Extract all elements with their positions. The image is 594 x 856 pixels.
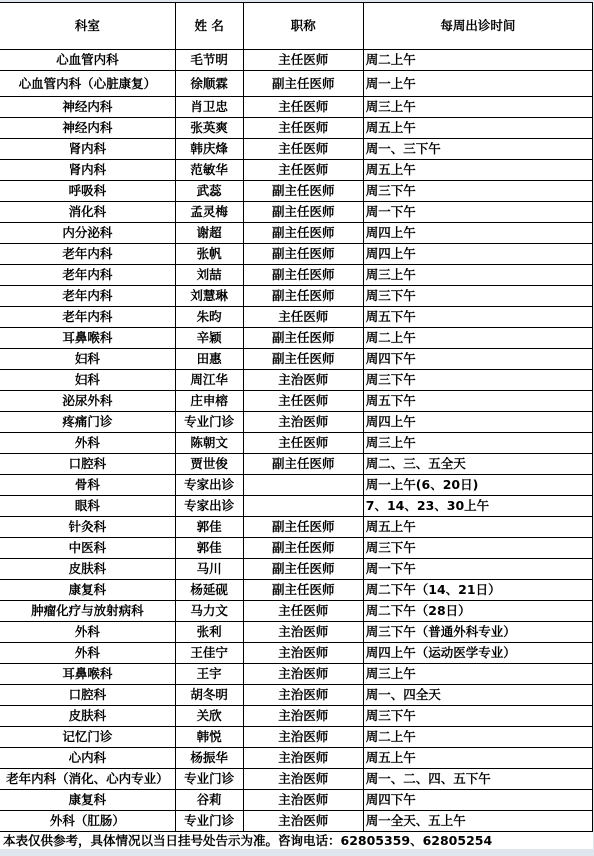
schedule-time-cell: 周四下午: [363, 790, 592, 811]
name-cell: 王宇: [175, 664, 243, 685]
name-cell: 田惠: [175, 349, 243, 370]
schedule-time-cell: 周五上午: [363, 160, 592, 181]
table-row: 泌尿外科庄申榕主任医师周五下午: [0, 391, 593, 412]
table-row: 消化科孟灵梅副主任医师周一下午: [0, 202, 593, 223]
schedule-time-cell: 周四上午: [363, 223, 592, 244]
table-row: 外科陈朝文主任医师周三上午: [0, 433, 593, 454]
title-cell: 副主任医师: [243, 71, 363, 97]
schedule-time-cell: 周五上午: [363, 517, 592, 538]
table-row: 神经内科张英爽主任医师周五上午: [0, 118, 593, 139]
schedule-time-cell: 周四上午: [363, 244, 592, 265]
title-cell: 主治医师: [243, 685, 363, 706]
table-row: 老年内科朱昀主任医师周五下午: [0, 307, 593, 328]
schedule-time-cell: 周二下午（14、21日）: [363, 580, 592, 601]
schedule-time-cell: 周三下午: [363, 706, 592, 727]
name-cell: 范敏华: [175, 160, 243, 181]
schedule-time-cell: 周三上午: [363, 664, 592, 685]
table-row: 针灸科郭佳副主任医师周五上午: [0, 517, 593, 538]
name-cell: 孟灵梅: [175, 202, 243, 223]
name-cell: 胡冬明: [175, 685, 243, 706]
title-cell: 主任医师: [243, 601, 363, 622]
department-cell: 老年内科: [0, 307, 175, 328]
department-cell: 肿瘤化疗与放射病科: [0, 601, 175, 622]
department-cell: 老年内科: [0, 286, 175, 307]
schedule-time-cell: 周一上午: [363, 71, 592, 97]
schedule-time-cell: 周五上午: [363, 118, 592, 139]
department-cell: 眼科: [0, 496, 175, 517]
schedule-time-cell: 周二上午: [363, 50, 592, 71]
name-cell: 郭佳: [175, 517, 243, 538]
name-cell: 王佳宁: [175, 643, 243, 664]
name-cell: 谷莉: [175, 790, 243, 811]
schedule-sheet: 科室 姓 名 职称 每周出诊时间 心血管内科毛节明主任医师周二上午心血管内科（心…: [0, 2, 593, 849]
table-row: 康复科杨延砚副主任医师周二下午（14、21日）: [0, 580, 593, 601]
name-cell: 专业门诊: [175, 412, 243, 433]
table-row: 外科张利主治医师周三下午（普通外科专业）: [0, 622, 593, 643]
title-cell: 副主任医师: [243, 328, 363, 349]
schedule-time-cell: 周一下午: [363, 202, 592, 223]
department-cell: 耳鼻喉科: [0, 664, 175, 685]
department-cell: 皮肤科: [0, 559, 175, 580]
table-row: 眼科专家出诊7、14、23、30上午: [0, 496, 593, 517]
name-cell: 武蕊: [175, 181, 243, 202]
schedule-time-cell: 周三下午: [363, 181, 592, 202]
schedule-time-cell: 周三上午: [363, 265, 592, 286]
schedule-time-cell: 周二上午: [363, 727, 592, 748]
department-cell: 心血管内科: [0, 50, 175, 71]
table-row: 呼吸科武蕊副主任医师周三下午: [0, 181, 593, 202]
title-cell: [243, 496, 363, 517]
title-cell: [243, 475, 363, 496]
name-cell: 周江华: [175, 370, 243, 391]
department-cell: 内分泌科: [0, 223, 175, 244]
department-cell: 皮肤科: [0, 706, 175, 727]
title-cell: 主治医师: [243, 748, 363, 769]
table-row: 中医科郭佳副主任医师周三下午: [0, 538, 593, 559]
table-row: 神经内科肖卫忠主任医师周三上午: [0, 97, 593, 118]
department-cell: 肾内科: [0, 160, 175, 181]
title-cell: 主治医师: [243, 664, 363, 685]
name-cell: 刘喆: [175, 265, 243, 286]
department-cell: 妇科: [0, 370, 175, 391]
name-cell: 肖卫忠: [175, 97, 243, 118]
department-cell: 老年内科: [0, 244, 175, 265]
schedule-time-cell: 周一、四全天: [363, 685, 592, 706]
title-cell: 副主任医师: [243, 286, 363, 307]
schedule-time-cell: 周三下午: [363, 538, 592, 559]
table-row: 妇科周江华主治医师周三下午: [0, 370, 593, 391]
department-cell: 耳鼻喉科: [0, 328, 175, 349]
title-cell: 主任医师: [243, 160, 363, 181]
table-row: 内分泌科谢超副主任医师周四上午: [0, 223, 593, 244]
table-row: 康复科谷莉主治医师周四下午: [0, 790, 593, 811]
schedule-time-cell: 周一全天、五上午: [363, 811, 592, 832]
title-cell: 主治医师: [243, 790, 363, 811]
name-cell: 辛颖: [175, 328, 243, 349]
schedule-time-cell: 周三下午: [363, 370, 592, 391]
schedule-time-cell: 周三下午: [363, 286, 592, 307]
table-row: 骨科专家出诊周一上午(6、20日): [0, 475, 593, 496]
table-row: 记忆门诊韩悦主治医师周二上午: [0, 727, 593, 748]
title-cell: 副主任医师: [243, 580, 363, 601]
department-cell: 康复科: [0, 580, 175, 601]
header-row: 科室 姓 名 职称 每周出诊时间: [0, 3, 593, 50]
table-row: 皮肤科马川副主任医师周一下午: [0, 559, 593, 580]
table-row: 外科王佳宁主治医师周四上午（运动医学专业）: [0, 643, 593, 664]
header-schedule-time: 每周出诊时间: [363, 3, 592, 50]
table-row: 肿瘤化疗与放射病科马力文主任医师周二下午（28日）: [0, 601, 593, 622]
title-cell: 主任医师: [243, 118, 363, 139]
schedule-time-cell: 周二、三、五全天: [363, 454, 592, 475]
title-cell: 主任医师: [243, 307, 363, 328]
name-cell: 朱昀: [175, 307, 243, 328]
name-cell: 刘慧琳: [175, 286, 243, 307]
department-cell: 肾内科: [0, 139, 175, 160]
table-row: 肾内科范敏华主任医师周五上午: [0, 160, 593, 181]
table-row: 老年内科（消化、心内专业）专业门诊主治医师周一、二、四、五下午: [0, 769, 593, 790]
name-cell: 专业门诊: [175, 811, 243, 832]
department-cell: 老年内科: [0, 265, 175, 286]
department-cell: 口腔科: [0, 685, 175, 706]
title-cell: 主治医师: [243, 412, 363, 433]
title-cell: 副主任医师: [243, 538, 363, 559]
schedule-time-cell: 周二上午: [363, 328, 592, 349]
name-cell: 毛节明: [175, 50, 243, 71]
name-cell: 贾世俊: [175, 454, 243, 475]
name-cell: 谢超: [175, 223, 243, 244]
schedule-time-cell: 周五下午: [363, 307, 592, 328]
title-cell: 副主任医师: [243, 517, 363, 538]
name-cell: 韩庆烽: [175, 139, 243, 160]
department-cell: 针灸科: [0, 517, 175, 538]
title-cell: 主任医师: [243, 391, 363, 412]
title-cell: 主治医师: [243, 727, 363, 748]
department-cell: 骨科: [0, 475, 175, 496]
schedule-time-cell: 周五下午: [363, 391, 592, 412]
table-row: 耳鼻喉科王宇主治医师周三上午: [0, 664, 593, 685]
table-row: 口腔科贾世俊副主任医师周二、三、五全天: [0, 454, 593, 475]
schedule-time-cell: 7、14、23、30上午: [363, 496, 592, 517]
title-cell: 副主任医师: [243, 265, 363, 286]
table-row: 老年内科张帆副主任医师周四上午: [0, 244, 593, 265]
department-cell: 疼痛门诊: [0, 412, 175, 433]
table-row: 老年内科刘喆副主任医师周三上午: [0, 265, 593, 286]
department-cell: 妇科: [0, 349, 175, 370]
footer-note: 本表仅供参考，具体情况以当日挂号处告示为准。咨询电话：62805359、6280…: [0, 832, 593, 849]
name-cell: 关欣: [175, 706, 243, 727]
title-cell: 副主任医师: [243, 454, 363, 475]
schedule-time-cell: 周三下午（普通外科专业）: [363, 622, 592, 643]
schedule-time-cell: 周三上午: [363, 433, 592, 454]
table-row: 心血管内科（心脏康复）徐顺霖副主任医师周一上午: [0, 71, 593, 97]
table-row: 妇科田惠副主任医师周四下午: [0, 349, 593, 370]
name-cell: 专家出诊: [175, 496, 243, 517]
title-cell: 副主任医师: [243, 223, 363, 244]
name-cell: 庄申榕: [175, 391, 243, 412]
schedule-time-cell: 周四上午（运动医学专业）: [363, 643, 592, 664]
title-cell: 副主任医师: [243, 244, 363, 265]
title-cell: 主治医师: [243, 811, 363, 832]
department-cell: 外科: [0, 622, 175, 643]
department-cell: 口腔科: [0, 454, 175, 475]
name-cell: 杨延砚: [175, 580, 243, 601]
department-cell: 外科: [0, 643, 175, 664]
schedule-time-cell: 周一、三下午: [363, 139, 592, 160]
department-cell: 消化科: [0, 202, 175, 223]
name-cell: 郭佳: [175, 538, 243, 559]
department-cell: 康复科: [0, 790, 175, 811]
department-cell: 泌尿外科: [0, 391, 175, 412]
header-name: 姓 名: [175, 3, 243, 50]
department-cell: 中医科: [0, 538, 175, 559]
department-cell: 外科: [0, 433, 175, 454]
department-cell: 神经内科: [0, 118, 175, 139]
table-body: 心血管内科毛节明主任医师周二上午心血管内科（心脏康复）徐顺霖副主任医师周一上午神…: [0, 50, 593, 832]
schedule-time-cell: 周四上午: [363, 412, 592, 433]
table-row: 心内科杨振华主治医师周五上午: [0, 748, 593, 769]
schedule-time-cell: 周二下午（28日）: [363, 601, 592, 622]
schedule-time-cell: 周一上午(6、20日): [363, 475, 592, 496]
title-cell: 副主任医师: [243, 181, 363, 202]
title-cell: 副主任医师: [243, 202, 363, 223]
title-cell: 主任医师: [243, 139, 363, 160]
department-cell: 心内科: [0, 748, 175, 769]
schedule-time-cell: 周三上午: [363, 97, 592, 118]
schedule-time-cell: 周一、二、四、五下午: [363, 769, 592, 790]
title-cell: 主治医师: [243, 370, 363, 391]
name-cell: 杨振华: [175, 748, 243, 769]
name-cell: 专业门诊: [175, 769, 243, 790]
name-cell: 马川: [175, 559, 243, 580]
schedule-time-cell: 周四下午: [363, 349, 592, 370]
table-row: 老年内科刘慧琳副主任医师周三下午: [0, 286, 593, 307]
clinic-schedule-table: 科室 姓 名 职称 每周出诊时间 心血管内科毛节明主任医师周二上午心血管内科（心…: [0, 2, 593, 832]
name-cell: 张利: [175, 622, 243, 643]
department-cell: 外科（肛肠）: [0, 811, 175, 832]
table-row: 口腔科胡冬明主治医师周一、四全天: [0, 685, 593, 706]
table-row: 心血管内科毛节明主任医师周二上午: [0, 50, 593, 71]
schedule-time-cell: 周一下午: [363, 559, 592, 580]
table-row: 疼痛门诊专业门诊主治医师周四上午: [0, 412, 593, 433]
name-cell: 陈朝文: [175, 433, 243, 454]
name-cell: 马力文: [175, 601, 243, 622]
department-cell: 记忆门诊: [0, 727, 175, 748]
header-department: 科室: [0, 3, 175, 50]
title-cell: 主任医师: [243, 97, 363, 118]
name-cell: 徐顺霖: [175, 71, 243, 97]
table-row: 肾内科韩庆烽主任医师周一、三下午: [0, 139, 593, 160]
department-cell: 神经内科: [0, 97, 175, 118]
name-cell: 张帆: [175, 244, 243, 265]
schedule-time-cell: 周五上午: [363, 748, 592, 769]
table-row: 皮肤科关欣主治医师周三下午: [0, 706, 593, 727]
name-cell: 韩悦: [175, 727, 243, 748]
title-cell: 副主任医师: [243, 349, 363, 370]
title-cell: 主治医师: [243, 643, 363, 664]
title-cell: 主治医师: [243, 622, 363, 643]
title-cell: 主治医师: [243, 769, 363, 790]
name-cell: 专家出诊: [175, 475, 243, 496]
table-row: 耳鼻喉科辛颖副主任医师周二上午: [0, 328, 593, 349]
title-cell: 主任医师: [243, 433, 363, 454]
title-cell: 主治医师: [243, 706, 363, 727]
department-cell: 心血管内科（心脏康复）: [0, 71, 175, 97]
title-cell: 副主任医师: [243, 559, 363, 580]
header-title: 职称: [243, 3, 363, 50]
name-cell: 张英爽: [175, 118, 243, 139]
title-cell: 主任医师: [243, 50, 363, 71]
department-cell: 呼吸科: [0, 181, 175, 202]
department-cell: 老年内科（消化、心内专业）: [0, 769, 175, 790]
table-row: 外科（肛肠）专业门诊主治医师周一全天、五上午: [0, 811, 593, 832]
